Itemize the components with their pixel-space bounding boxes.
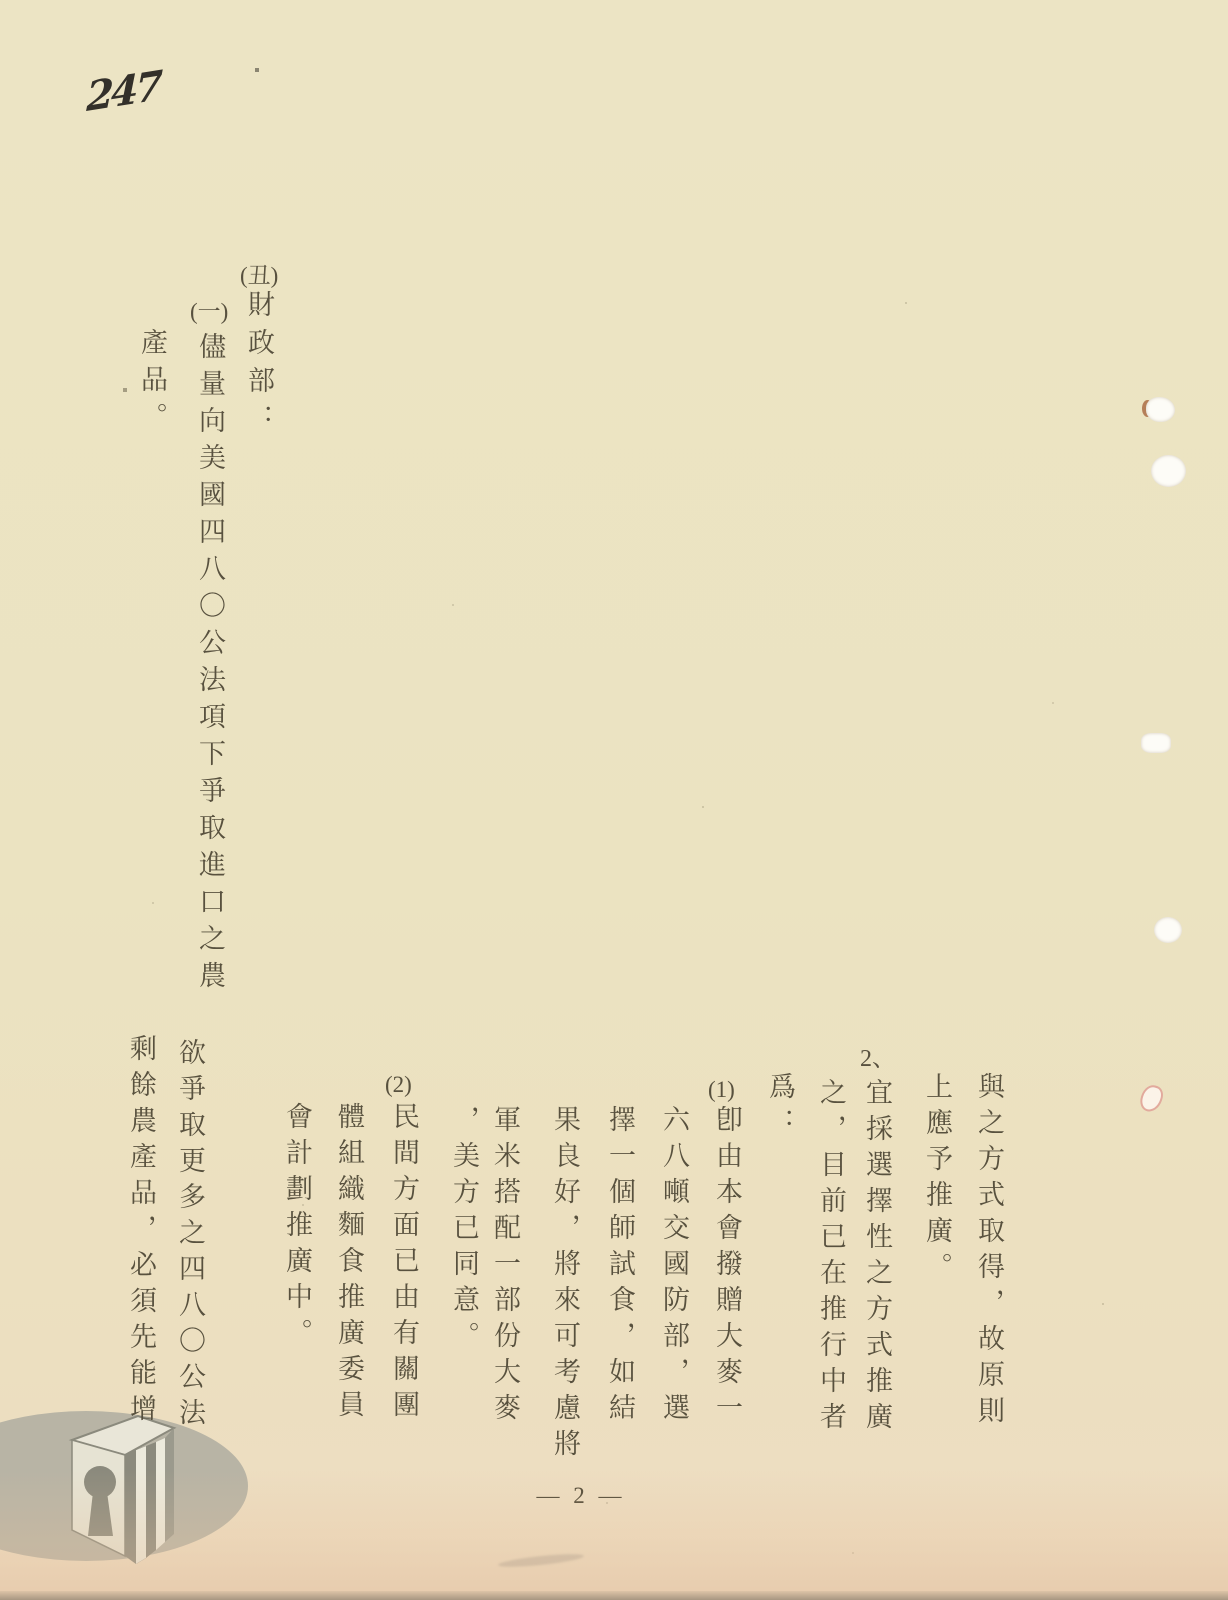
item1-text-column-2: 產品。 [138, 328, 165, 439]
gray-streak [498, 1552, 584, 1570]
body-text-column: 欲爭取更多之四八〇公法 [176, 1038, 203, 1434]
punch-hole [1154, 917, 1182, 943]
body-text-column: 體組織麵食推廣委員 [335, 1102, 362, 1426]
list-label-2-paren: (2) [385, 1073, 412, 1096]
body-text-column: ，美方已同意。 [450, 1105, 477, 1357]
item1-text-column-1: 儘量向美國四八〇公法項下爭取進口之農 [196, 332, 223, 998]
body-text-column: 之，目前已在推行中者 [817, 1078, 844, 1438]
body-text-column: 宜採選擇性之方式推廣 [863, 1078, 890, 1438]
archives-watermark-logo [0, 1398, 248, 1600]
punch-hole [1141, 733, 1171, 753]
body-text-column: 擇一個師試食，如結 [606, 1105, 633, 1429]
body-text-column: 爲： [766, 1072, 793, 1144]
list-label-1-paren: (1) [708, 1078, 735, 1101]
list-label-2: 2、 [860, 1047, 896, 1071]
punch-hole [1151, 455, 1186, 487]
section-label: (丑) [240, 264, 278, 287]
pink-smudge [1137, 1082, 1165, 1114]
body-text-column: 與之方式取得，故原則 [975, 1072, 1002, 1432]
section-title-column: 財政部： [245, 290, 272, 442]
body-text-column: 上應予推廣。 [923, 1072, 950, 1288]
scanned-document-page: 247 (丑) 財政部： (一) 儘量向美國四八〇公法項下爭取進口之農 產品。 … [0, 0, 1228, 1600]
bottom-scan-edge [0, 1591, 1228, 1600]
punch-hole [1146, 397, 1175, 422]
body-text-column: 會計劃推廣中。 [283, 1102, 310, 1354]
body-text-column: 果良好，將來可考慮將 [551, 1105, 578, 1465]
paper-speckles [0, 0, 2, 2]
body-text-column: 剩餘農產品，必須先能增 [127, 1034, 154, 1430]
body-text-column: 軍米搭配一部份大麥 [491, 1105, 518, 1429]
body-text-column: 六八噸交國防部，選 [660, 1105, 687, 1429]
body-text-column: 民間方面已由有關團 [390, 1102, 417, 1426]
page-number: — 2 — [516, 1483, 646, 1509]
handwritten-folio-number: 247 [86, 62, 160, 121]
item1-label: (一) [190, 300, 228, 323]
body-text-column: 卽由本會撥贈大麥一 [713, 1105, 740, 1429]
